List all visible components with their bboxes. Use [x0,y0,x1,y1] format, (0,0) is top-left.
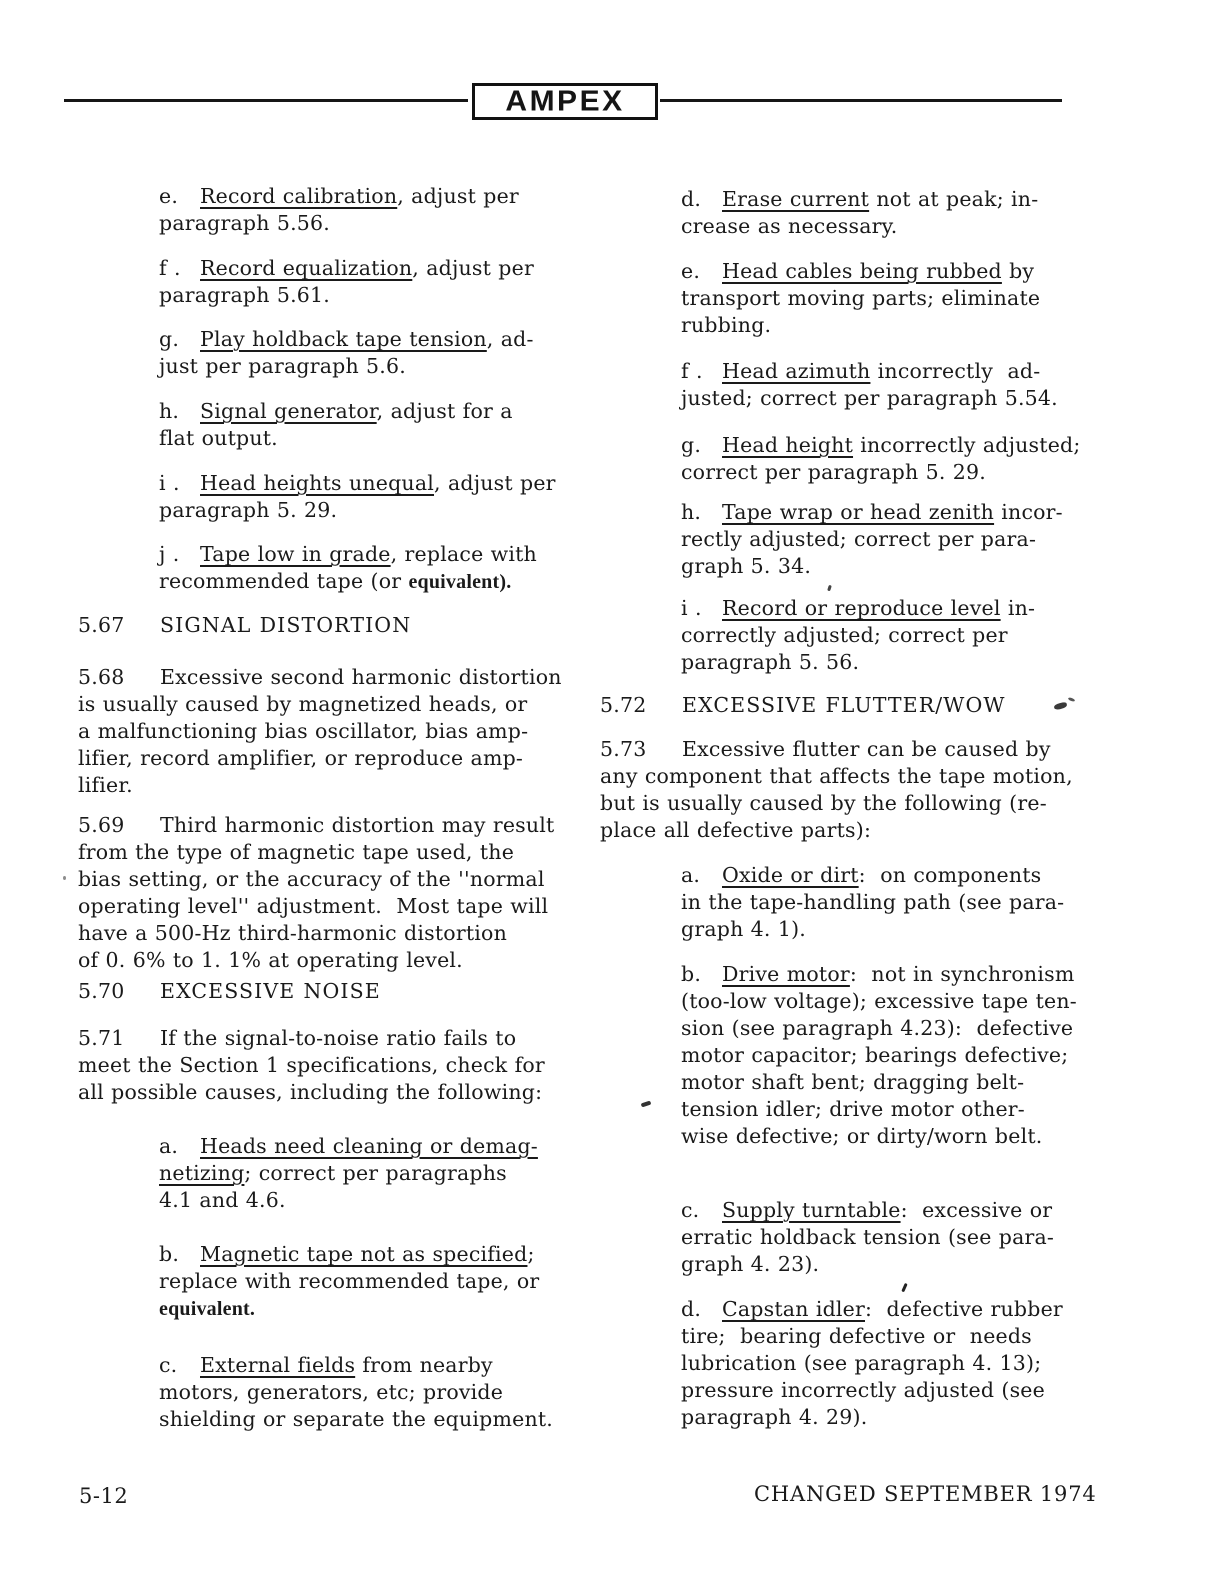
section-title: SIGNAL DISTORTION [160,613,411,637]
list-item: g.Head height incorrectly adjusted; corr… [681,432,1165,486]
paragraph-number: 5.69 [78,812,160,839]
list-item: b.Drive motor: not in synchronism (too-l… [681,961,1165,1150]
underlined-phrase: Capstan idler [722,1297,865,1321]
paragraph: 5.68Excessive second harmonic distortion… [78,664,594,799]
item-letter: a. [681,862,722,889]
paragraph-number: 5.68 [78,664,160,691]
underlined-phrase: Head cables being rubbed [722,259,1002,283]
item-letter: c. [159,1352,200,1379]
underlined-phrase: Supply turntable [722,1198,901,1222]
list-item: d.Capstan idler: defective rubber tire; … [681,1296,1165,1431]
list-item: i .Record or reproduce level in- correct… [681,595,1165,676]
list-item: e.Head cables being rubbed by transport … [681,258,1165,339]
column-right: d.Erase current not at peak; in- crease … [600,186,1165,1431]
paragraph-number: 5.71 [78,1025,160,1052]
underlined-phrase: Record or reproduce level [722,596,1001,620]
footer-page-number: 5-12 [79,1484,128,1508]
list-item: f .Head azimuth incorrectly ad- justed; … [681,358,1165,412]
section-number: 5.70 [78,978,160,1005]
item-letter: d. [681,186,722,213]
list-item: d.Erase current not at peak; in- crease … [681,186,1165,240]
section-number: 5.72 [600,692,682,719]
header-rule-right [660,99,1062,102]
ampex-logo: AMPEX [505,85,624,117]
item-letter: g. [159,326,200,353]
item-letter: e. [159,183,200,210]
underlined-phrase: Head azimuth [722,359,870,383]
underlined-phrase: Oxide or dirt [722,863,859,887]
list-item: b.Magnetic tape not as specified; replac… [159,1241,594,1323]
item-letter: b. [159,1241,200,1268]
item-text: : not in synchronism (too-low voltage); … [681,962,1077,1148]
list-item: e.Record calibration, adjust per paragra… [159,183,594,237]
underlined-phrase: Head heights unequal [200,471,434,495]
manual-page: AMPEX e.Record calibration, adjust per p… [0,0,1229,1584]
underlined-phrase: Record equalization [200,256,412,280]
underlined-phrase: Tape low in grade [200,542,391,566]
section-title: EXCESSIVE FLUTTER/WOW [682,693,1006,717]
section-title: EXCESSIVE NOISE [160,979,381,1003]
underlined-phrase: Drive motor [722,962,850,986]
paragraph: 5.69Third harmonic distortion may result… [78,812,594,974]
list-item: f .Record equalization, adjust per parag… [159,255,594,309]
list-item: h.Signal generator, adjust for a flat ou… [159,398,594,452]
item-letter: i . [159,470,200,497]
footer-change-note: CHANGED SEPTEMBER 1974 [754,1482,1097,1506]
list-item: a.Heads need cleaning or demag- netizing… [159,1133,594,1214]
list-item: c.Supply turntable: excessive or erratic… [681,1197,1165,1278]
item-letter: f . [159,255,200,282]
section-heading: 5.72EXCESSIVE FLUTTER/WOW [600,692,1165,719]
underlined-phrase: Record calibration [200,184,397,208]
underlined-phrase: Tape wrap or head zenith [722,500,994,524]
column-left: e.Record calibration, adjust per paragra… [78,183,594,1433]
item-letter: g. [681,432,722,459]
paragraph-number: 5.73 [600,736,682,763]
item-letter: j . [159,541,200,568]
underlined-phrase: Head height [722,433,853,457]
underlined-phrase: Magnetic tape not as specified [200,1242,527,1266]
paragraph: 5.71If the signal-to-noise ratio fails t… [78,1025,594,1106]
ink-smudge [63,876,66,880]
list-item: i .Head heights unequal, adjust per para… [159,470,594,524]
item-text: equivalent). [408,571,511,593]
item-letter: a. [159,1133,200,1160]
list-item: g.Play holdback tape tension, ad- just p… [159,326,594,380]
item-text: equivalent. [159,1298,255,1320]
section-heading: 5.70EXCESSIVE NOISE [78,978,594,1005]
item-letter: d. [681,1296,722,1323]
underlined-phrase: External fields [200,1353,355,1377]
item-letter: b. [681,961,722,988]
header-rule-left [64,99,468,102]
list-item: h.Tape wrap or head zenith incor- rectly… [681,499,1165,580]
list-item: j .Tape low in grade, replace with recom… [159,541,594,596]
section-number: 5.67 [78,612,160,639]
item-letter: h. [681,499,722,526]
section-heading: 5.67SIGNAL DISTORTION [78,612,594,639]
underlined-phrase: Play holdback tape tension [200,327,487,351]
ampex-logo-box: AMPEX [472,83,658,120]
underlined-phrase: Erase current [722,187,869,211]
list-item: c.External fields from nearby motors, ge… [159,1352,594,1433]
item-letter: e. [681,258,722,285]
underlined-phrase: Signal generator [200,399,377,423]
item-letter: f . [681,358,722,385]
item-letter: i . [681,595,722,622]
list-item: a.Oxide or dirt: on components in the ta… [681,862,1165,943]
item-letter: c. [681,1197,722,1224]
item-letter: h. [159,398,200,425]
paragraph: 5.73Excessive flutter can be caused by a… [600,736,1165,844]
